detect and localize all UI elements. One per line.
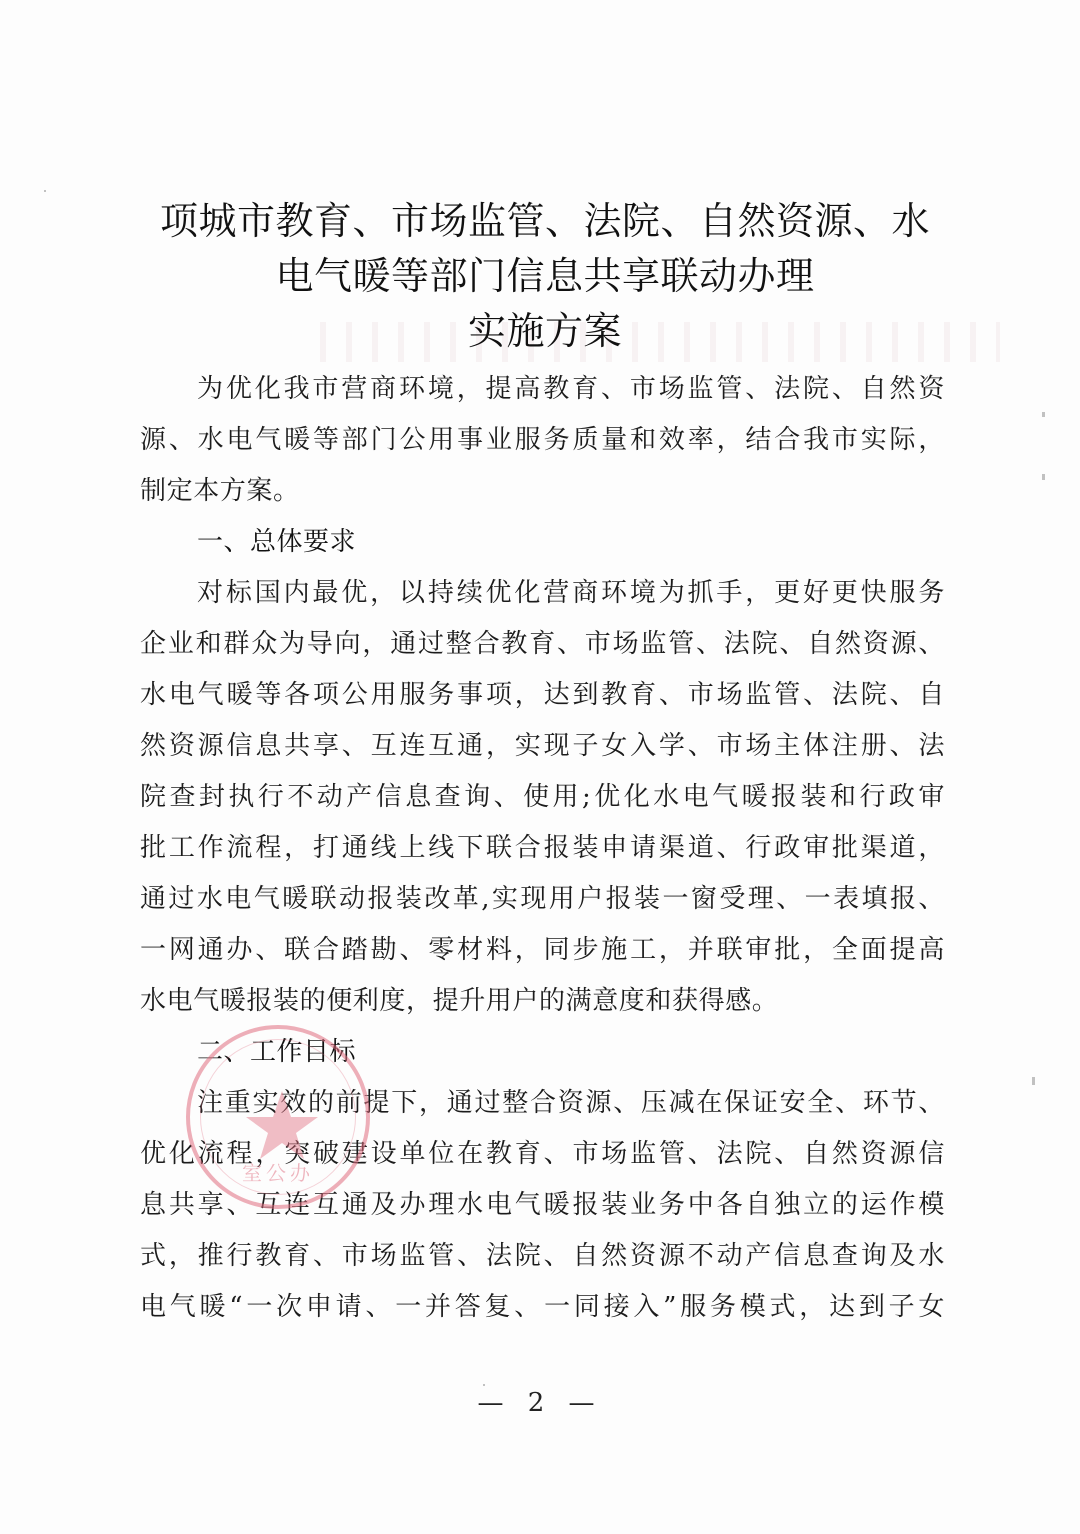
scan-artifact [1042, 474, 1045, 480]
scan-artifact [1032, 1077, 1035, 1085]
document-title: 项城市教育、市场监管、法院、自然资源、水 电气暖等部门信息共享联动办理 实施方案 [140, 194, 950, 359]
page-number: — 2 — [0, 1388, 1080, 1418]
section1-line: 批工作流程，打通线上线下联合报装申请渠道、行政审批渠道， [140, 823, 945, 874]
scan-artifact [1042, 412, 1045, 417]
section1-line: 水电气暖等各项公用服务事项，达到教育、市场监管、法院、自 [140, 670, 945, 721]
document-body: 为优化我市营商环境，提高教育、市场监管、法院、自然资 源、水电气暖等部门公用事业… [140, 364, 945, 1333]
section2-line: 息共享、互连互通及办理水电气暖报装业务中各自独立的运作模 [140, 1180, 945, 1231]
section-heading-general-requirements: 一、总体要求 [140, 517, 945, 568]
section1-line: 一网通办、联合踏勘、零材料，同步施工，并联审批，全面提高 [140, 925, 945, 976]
section1-line: 水电气暖报装的便利度，提升用户的满意度和获得感。 [140, 976, 945, 1027]
document-page: 项城市教育、市场监管、法院、自然资源、水 电气暖等部门信息共享联动办理 实施方案… [0, 0, 1080, 1534]
section1-line: 院查封执行不动产信息查询、使用;优化水电气暖报装和行政审 [140, 772, 945, 823]
intro-line: 制定本方案。 [140, 466, 945, 517]
section1-line: 企业和群众为导向，通过整合教育、市场监管、法院、自然资源、 [140, 619, 945, 670]
section1-line: 通过水电气暖联动报装改革,实现用户报装一窗受理、一表填报、 [140, 874, 945, 925]
section2-line: 电气暖“一次申请、一并答复、一同接入”服务模式，达到子女 [140, 1282, 945, 1333]
section1-line: 然资源信息共享、互连互通，实现子女入学、市场主体注册、法 [140, 721, 945, 772]
title-line-3: 实施方案 [140, 304, 950, 359]
section2-line: 式，推行教育、市场监管、法院、自然资源不动产信息查询及水 [140, 1231, 945, 1282]
title-line-2: 电气暖等部门信息共享联动办理 [140, 249, 950, 304]
section2-line: 优化流程，突破建设单位在教育、市场监管、法院、自然资源信 [140, 1129, 945, 1180]
title-line-1: 项城市教育、市场监管、法院、自然资源、水 [140, 194, 950, 249]
section1-line: 对标国内最优，以持续优化营商环境为抓手，更好更快服务 [140, 568, 945, 619]
intro-line: 源、水电气暖等部门公用事业服务质量和效率，结合我市实际， [140, 415, 945, 466]
scan-artifact [483, 1384, 485, 1386]
section-heading-work-goals: 二、工作目标 [140, 1027, 945, 1078]
section2-line: 注重实效的前提下，通过整合资源、压减在保证安全、环节、 [140, 1078, 945, 1129]
intro-line: 为优化我市营商环境，提高教育、市场监管、法院、自然资 [140, 364, 945, 415]
scan-artifact [44, 190, 46, 192]
